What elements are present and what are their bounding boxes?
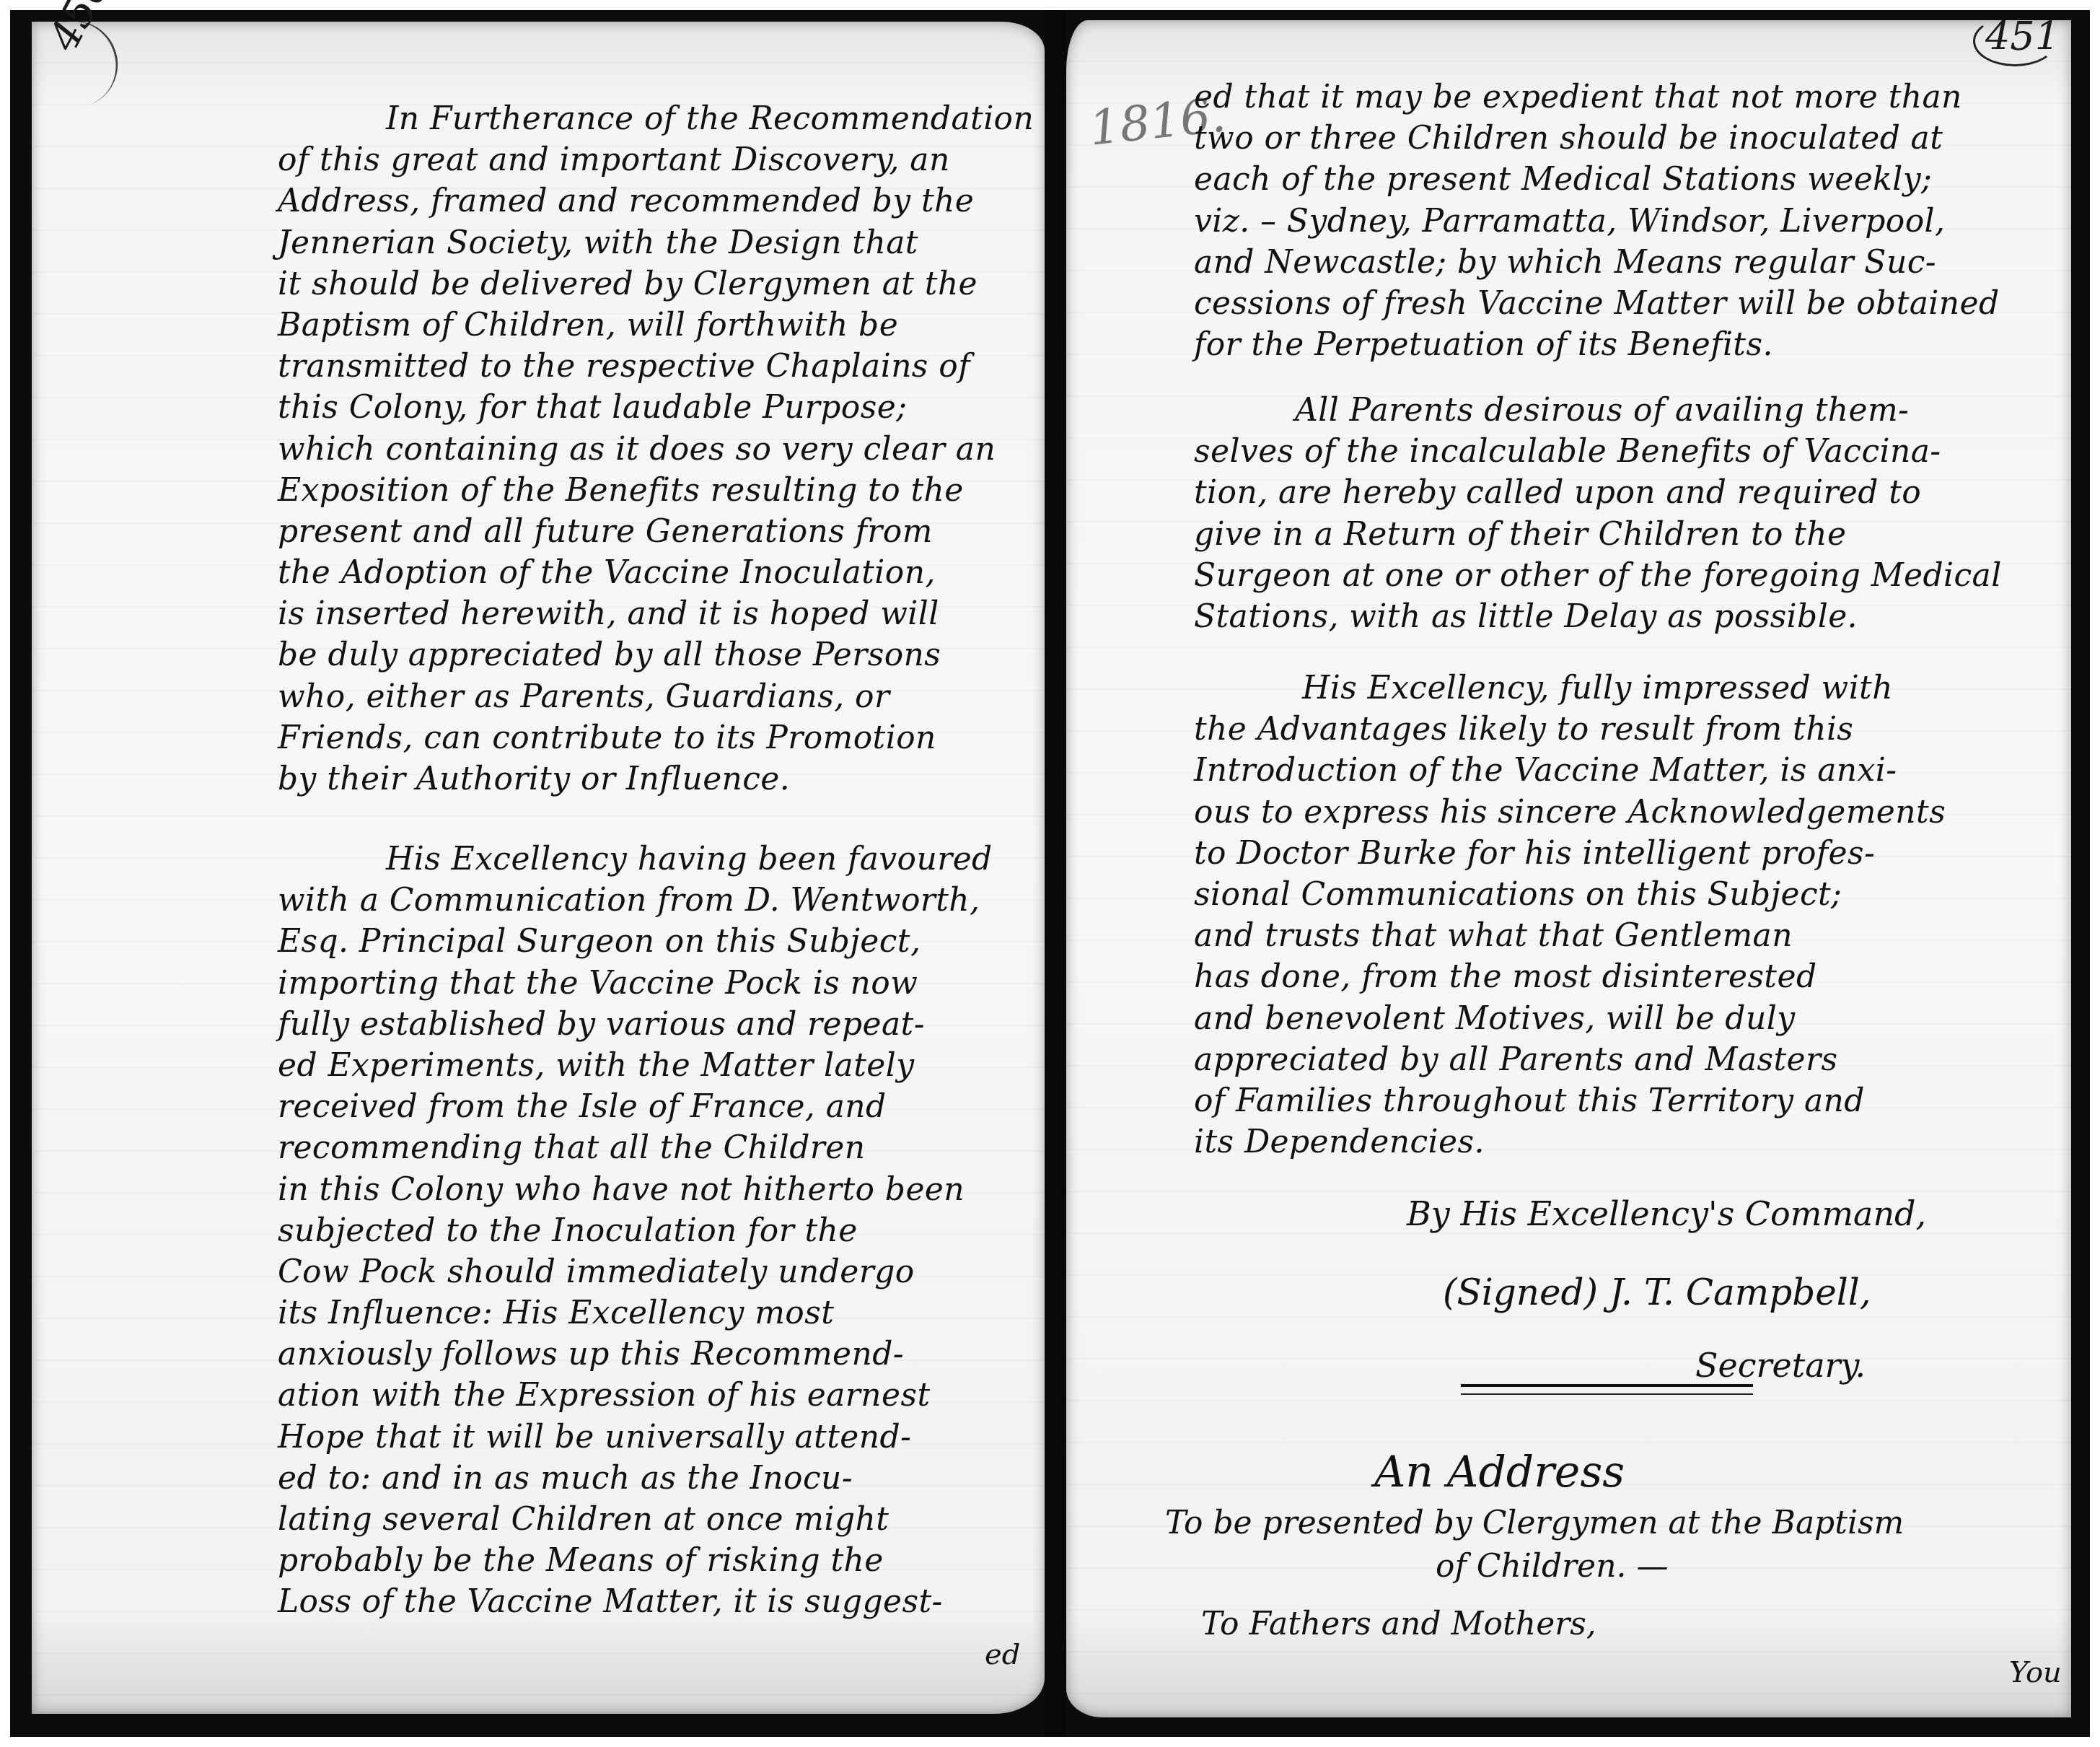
text-line: His Excellency having been favoured bbox=[278, 839, 993, 880]
text-line: Address, framed and recommended by the bbox=[278, 180, 1034, 222]
text-line: Friends, can contribute to its Promotion bbox=[278, 717, 1034, 758]
text-line: who, either as Parents, Guardians, or bbox=[278, 676, 1034, 717]
text-line: is inserted herewith, and it is hoped wi… bbox=[278, 593, 1034, 634]
right-paragraph-3: His Excellency, fully impressed with the… bbox=[1194, 667, 1946, 1163]
text-line: of this great and important Discovery, a… bbox=[278, 139, 1034, 180]
text-line: probably be the Means of risking the bbox=[278, 1540, 993, 1581]
catchword-left: ed bbox=[985, 1638, 1020, 1671]
address-subheading: To be presented by Clergymen at the Bapt… bbox=[1165, 1505, 1904, 1541]
section-divider-rule bbox=[1461, 1384, 1753, 1395]
text-line: cessions of fresh Vaccine Matter will be… bbox=[1194, 283, 2000, 324]
text-line: and trusts that what that Gentleman bbox=[1194, 915, 1946, 956]
signoff-signature: (Signed) J. T. Campbell, bbox=[1443, 1271, 1871, 1313]
text-line: transmitted to the respective Chaplains … bbox=[278, 346, 1034, 387]
text-line: importing that the Vaccine Pock is now bbox=[278, 963, 993, 1004]
text-line: its Dependencies. bbox=[1194, 1121, 1946, 1163]
text-line: ed that it may be expedient that not mor… bbox=[1194, 76, 2000, 118]
text-line: the Advantages likely to result from thi… bbox=[1194, 709, 1946, 750]
text-line: selves of the incalculable Benefits of V… bbox=[1194, 431, 2002, 472]
book-gutter bbox=[1045, 10, 1066, 1737]
folio-number-right: 451 bbox=[1985, 17, 2060, 56]
text-line: tion, are hereby called upon and require… bbox=[1194, 472, 2002, 513]
text-line: with a Communication from D. Wentworth, bbox=[278, 880, 993, 921]
text-line: appreciated by all Parents and Masters bbox=[1194, 1039, 1946, 1080]
address-subheading-continued: of Children. — bbox=[1436, 1548, 1668, 1585]
text-line: be duly appreciated by all those Persons bbox=[278, 634, 1034, 675]
text-line: received from the Isle of France, and bbox=[278, 1086, 993, 1127]
text-line: sional Communications on this Subject; bbox=[1194, 874, 1946, 915]
text-line: ous to express his sincere Acknowledgeme… bbox=[1194, 792, 1946, 833]
text-line: In Furtherance of the Recommendation bbox=[278, 98, 1034, 139]
text-line: His Excellency, fully impressed with bbox=[1194, 667, 1946, 709]
signoff-title: Secretary. bbox=[1695, 1346, 1866, 1385]
text-line: subjected to the Inoculation for the bbox=[278, 1210, 993, 1251]
text-line: to Doctor Burke for his intelligent prof… bbox=[1194, 833, 1946, 874]
text-line: give in a Return of their Children to th… bbox=[1194, 514, 2002, 555]
right-paragraph-2: All Parents desirous of availing them- s… bbox=[1194, 390, 2002, 637]
text-line: this Colony, for that laudable Purpose; bbox=[278, 387, 1034, 428]
text-line: present and all future Generations from bbox=[278, 511, 1034, 552]
text-line: Hope that it will be universally attend- bbox=[278, 1417, 993, 1458]
text-line: Surgeon at one or other of the foregoing… bbox=[1194, 555, 2002, 596]
text-line: fully established by various and repeat- bbox=[278, 1004, 993, 1045]
text-line: Stations, with as little Delay as possib… bbox=[1194, 596, 2002, 637]
text-line: each of the present Medical Stations wee… bbox=[1194, 159, 2000, 200]
text-line: Esq. Principal Surgeon on this Subject, bbox=[278, 921, 993, 962]
address-heading: An Address bbox=[1374, 1447, 1625, 1497]
text-line: the Adoption of the Vaccine Inoculation, bbox=[278, 552, 1034, 593]
text-line: All Parents desirous of availing them- bbox=[1194, 390, 2002, 431]
text-line: of Families throughout this Territory an… bbox=[1194, 1080, 1946, 1121]
text-line: recommending that all the Children bbox=[278, 1127, 993, 1168]
text-line: Jennerian Society, with the Design that bbox=[278, 222, 1034, 263]
text-line: ation with the Expression of his earnest bbox=[278, 1375, 993, 1416]
text-line: by their Authority or Influence. bbox=[278, 758, 1034, 800]
catchword-right: You bbox=[2009, 1656, 2062, 1689]
text-line: anxiously follows up this Recommend- bbox=[278, 1334, 993, 1375]
text-line: Cow Pock should immediately undergo bbox=[278, 1251, 993, 1292]
text-line: ed Experiments, with the Matter lately bbox=[278, 1045, 993, 1086]
text-line: and benevolent Motives, will be duly bbox=[1194, 998, 1946, 1039]
text-line: Introduction of the Vaccine Matter, is a… bbox=[1194, 750, 1946, 791]
text-line: its Influence: His Excellency most bbox=[278, 1292, 993, 1334]
text-line: two or three Children should be inoculat… bbox=[1194, 118, 2000, 159]
text-line: and Newcastle; by which Means regular Su… bbox=[1194, 242, 2000, 283]
signoff-command: By His Excellency's Command, bbox=[1407, 1194, 1926, 1233]
text-line: lating several Children at once might bbox=[278, 1499, 993, 1540]
text-line: for the Perpetuation of its Benefits. bbox=[1194, 324, 2000, 365]
text-line: it should be delivered by Clergymen at t… bbox=[278, 263, 1034, 305]
text-line: which containing as it does so very clea… bbox=[278, 429, 1034, 470]
text-line: Baptism of Children, will forthwith be bbox=[278, 305, 1034, 346]
text-line: Loss of the Vaccine Matter, it is sugges… bbox=[278, 1581, 993, 1622]
left-paragraph-2: His Excellency having been favoured with… bbox=[278, 839, 993, 1623]
text-line: Exposition of the Benefits resulting to … bbox=[278, 470, 1034, 511]
left-paragraph-1: In Furtherance of the Recommendation of … bbox=[278, 98, 1034, 800]
text-line: ed to: and in as much as the Inocu- bbox=[278, 1458, 993, 1499]
text-line: viz. – Sydney, Parramatta, Windsor, Live… bbox=[1194, 201, 2000, 242]
right-paragraph-1: ed that it may be expedient that not mor… bbox=[1194, 76, 2000, 365]
address-salutation: To Fathers and Mothers, bbox=[1201, 1606, 1596, 1642]
text-line: in this Colony who have not hitherto bee… bbox=[278, 1169, 993, 1210]
text-line: has done, from the most disinterested bbox=[1194, 956, 1946, 997]
